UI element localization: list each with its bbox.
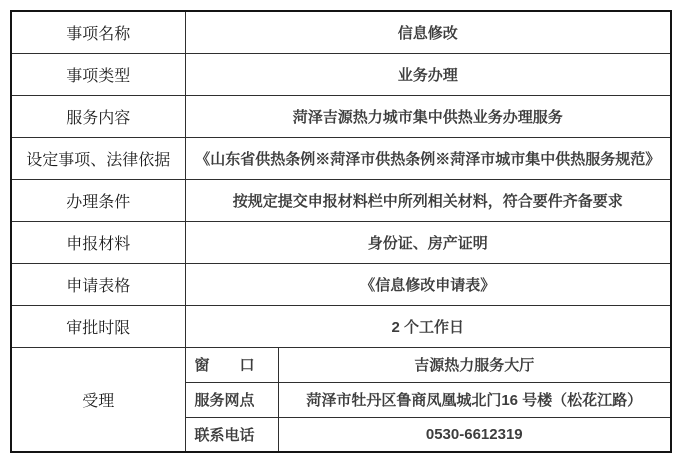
page: 事项名称信息修改事项类型业务办理服务内容菏泽吉源热力城市集中供热业务办理服务设定… <box>0 0 680 464</box>
table-row: 事项类型业务办理 <box>11 53 671 95</box>
table-row: 事项名称信息修改 <box>11 11 671 53</box>
table-body: 事项名称信息修改事项类型业务办理服务内容菏泽吉源热力城市集中供热业务办理服务设定… <box>11 11 671 452</box>
row-label: 申报材料 <box>11 221 185 263</box>
row-label: 办理条件 <box>11 179 185 221</box>
table-row: 办理条件按规定提交申报材料栏中所列相关材料，符合要件齐备要求 <box>11 179 671 221</box>
table-row: 审批时限2 个工作日 <box>11 305 671 347</box>
acceptance-sub-value: 0530-6612319 <box>278 417 671 452</box>
acceptance-sub-label: 联系电话 <box>185 417 278 452</box>
row-label: 事项类型 <box>11 53 185 95</box>
row-label: 服务内容 <box>11 95 185 137</box>
row-label: 审批时限 <box>11 305 185 347</box>
row-value: 身份证、房产证明 <box>185 221 671 263</box>
row-value: 2 个工作日 <box>185 305 671 347</box>
row-value: 按规定提交申报材料栏中所列相关材料，符合要件齐备要求 <box>185 179 671 221</box>
row-value: 业务办理 <box>185 53 671 95</box>
row-label: 申请表格 <box>11 263 185 305</box>
table-row: 服务内容菏泽吉源热力城市集中供热业务办理服务 <box>11 95 671 137</box>
acceptance-sub-value: 菏泽市牡丹区鲁商凤凰城北门16 号楼（松花江路） <box>278 382 671 417</box>
acceptance-sub-value: 吉源热力服务大厅 <box>278 347 671 382</box>
row-label: 事项名称 <box>11 11 185 53</box>
row-value: 菏泽吉源热力城市集中供热业务办理服务 <box>185 95 671 137</box>
table-row: 设定事项、法律依据《山东省供热条例※菏泽市供热条例※菏泽市城市集中供热服务规范》 <box>11 137 671 179</box>
acceptance-label: 受理 <box>11 347 185 452</box>
acceptance-sub-label: 服务网点 <box>185 382 278 417</box>
service-info-table: 事项名称信息修改事项类型业务办理服务内容菏泽吉源热力城市集中供热业务办理服务设定… <box>10 10 672 453</box>
table-row: 申请表格《信息修改申请表》 <box>11 263 671 305</box>
acceptance-sub-label: 窗 口 <box>185 347 278 382</box>
row-value: 信息修改 <box>185 11 671 53</box>
acceptance-sub-row: 受理窗 口吉源热力服务大厅 <box>11 347 671 382</box>
row-value: 《信息修改申请表》 <box>185 263 671 305</box>
row-value: 《山东省供热条例※菏泽市供热条例※菏泽市城市集中供热服务规范》 <box>185 137 671 179</box>
row-label: 设定事项、法律依据 <box>11 137 185 179</box>
table-row: 申报材料身份证、房产证明 <box>11 221 671 263</box>
